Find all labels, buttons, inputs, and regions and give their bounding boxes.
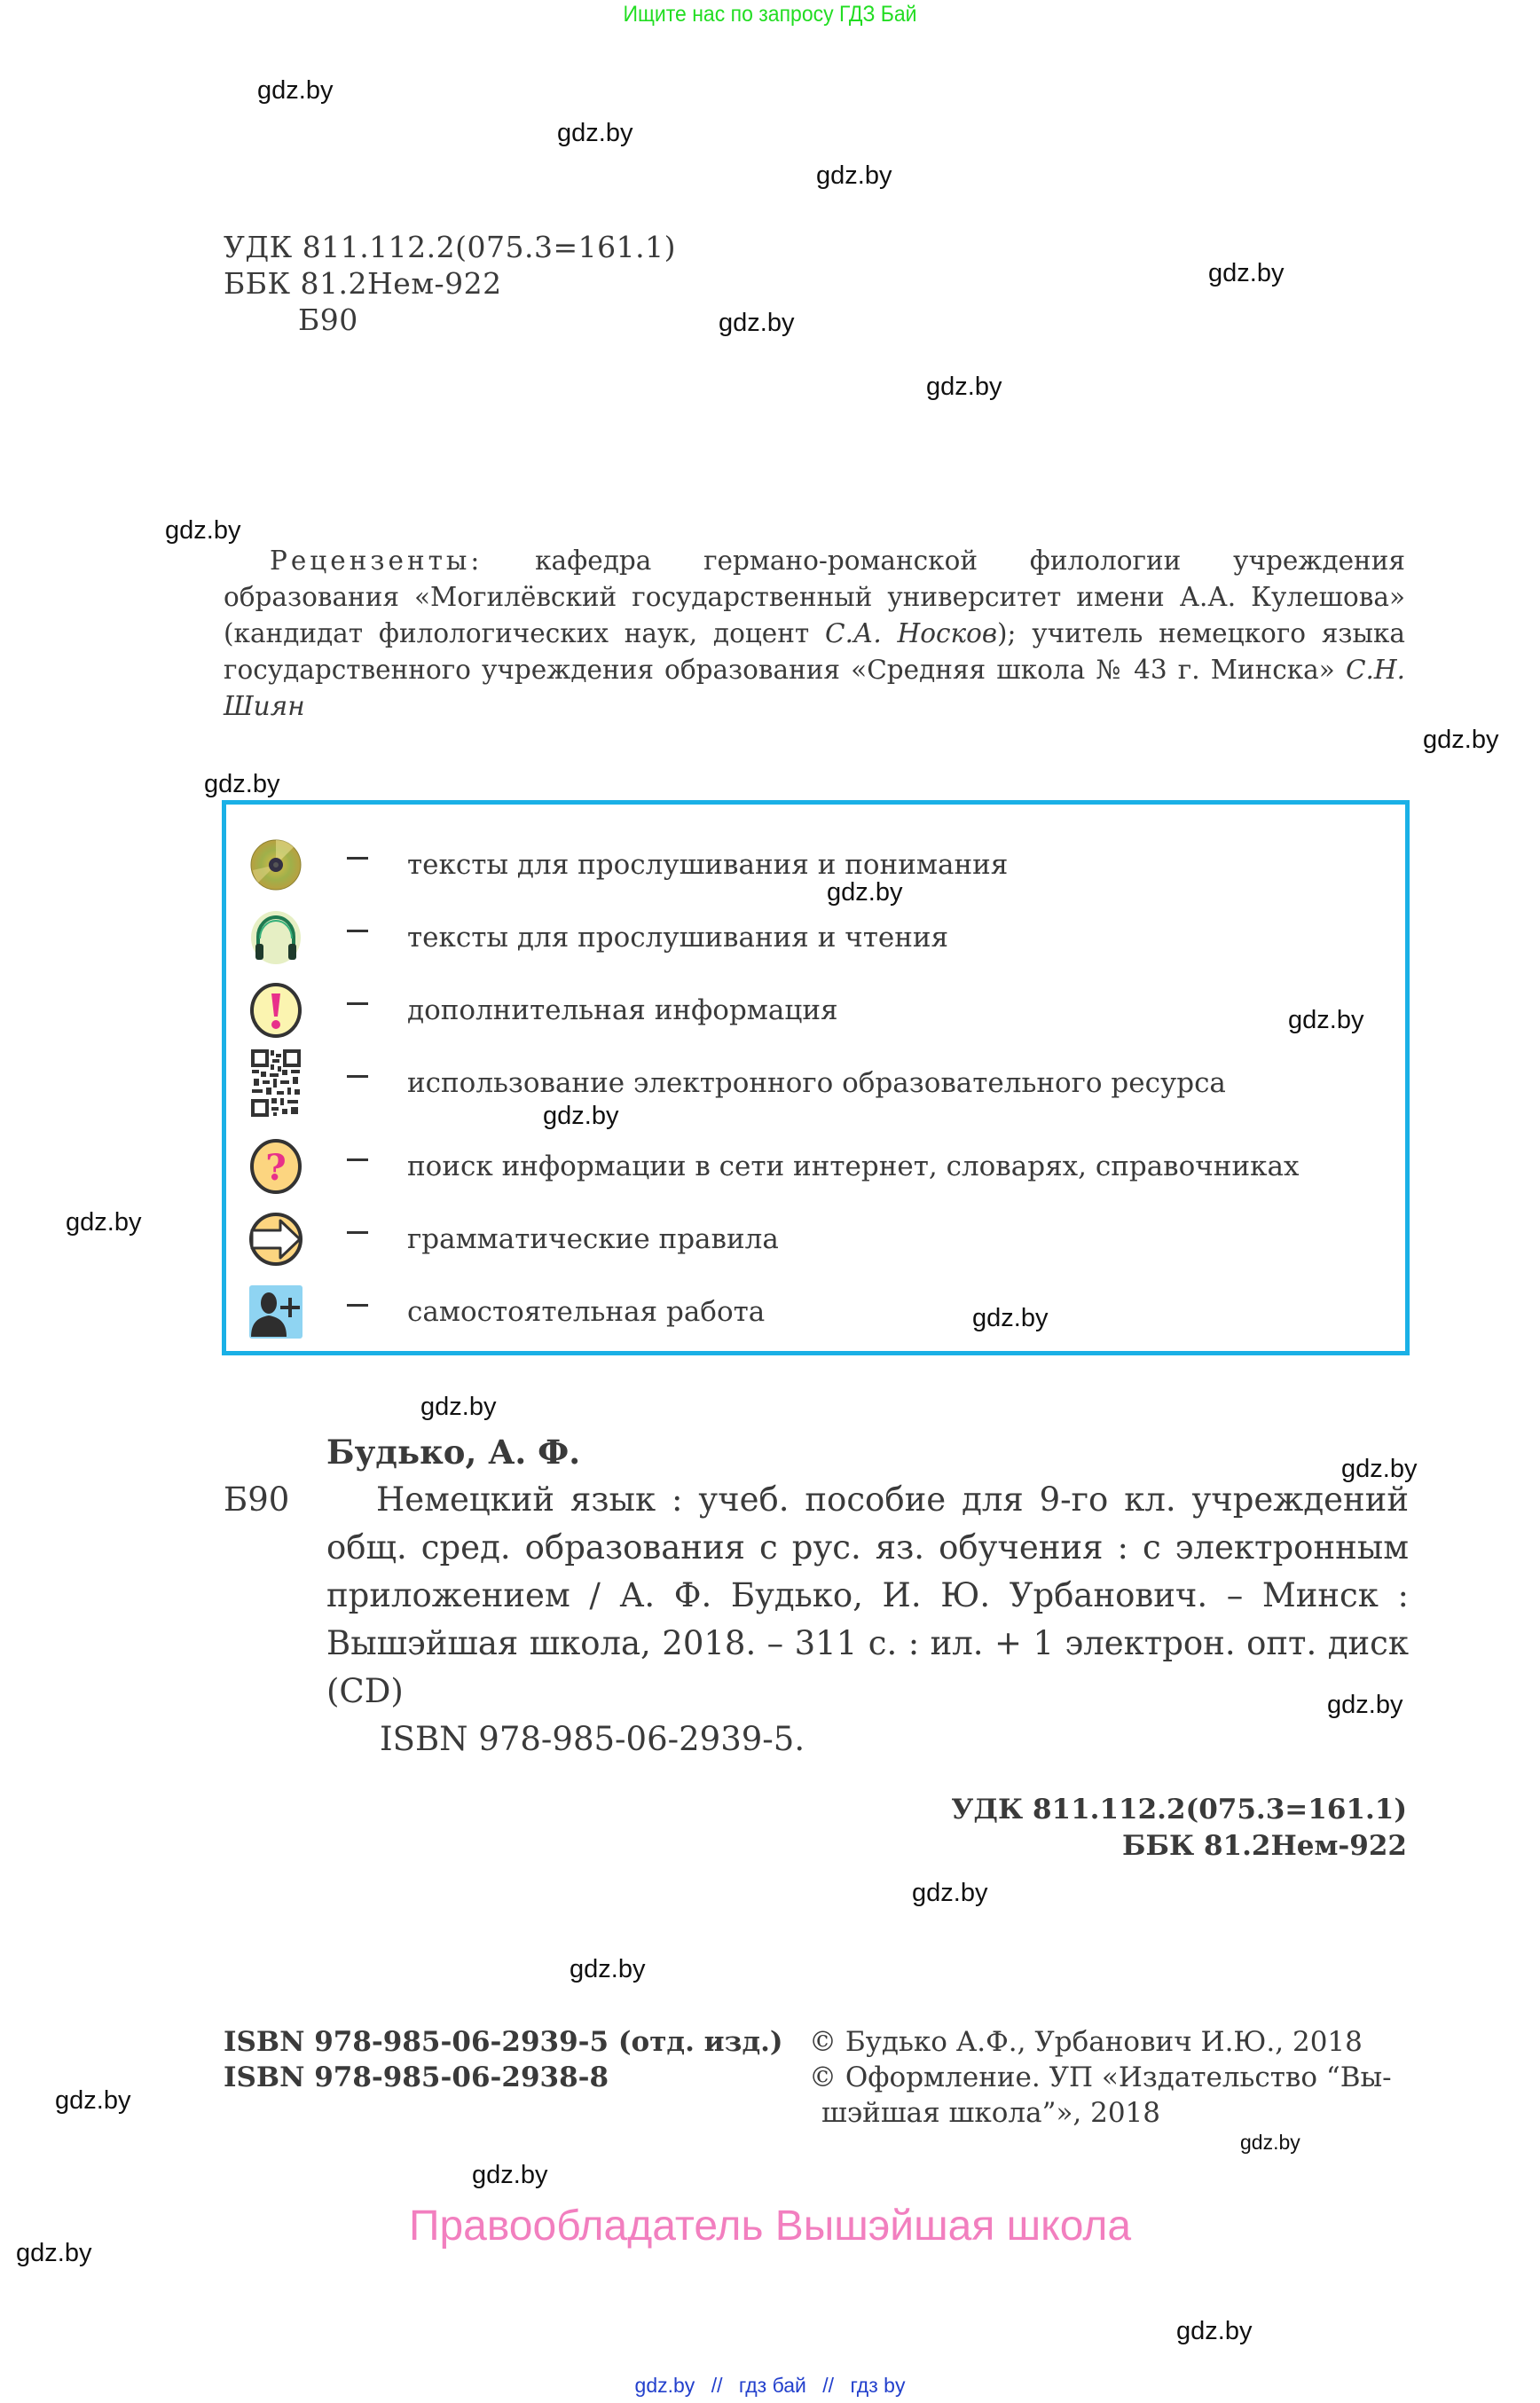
- watermark: gdz.by: [570, 1955, 645, 1984]
- bbk-code: ББК 81.2Нем-922: [224, 265, 676, 302]
- isbn: ISBN 978-985-06-2939-5.: [224, 1716, 1409, 1763]
- author-name: Будько, А. Ф.: [224, 1428, 1409, 1476]
- author-code: Б90: [224, 302, 676, 338]
- legend-item: грамматические правила: [247, 1211, 1383, 1268]
- watermark: gdz.by: [55, 2086, 130, 2116]
- reviewers-paragraph: Рецензенты: кафедра германо-романской фи…: [224, 543, 1405, 725]
- headphones-icon: [247, 909, 304, 966]
- legend-dash: [347, 1231, 368, 1234]
- legend-dash: [347, 1304, 368, 1307]
- top-banner: Ищите нас по запросу ГДЗ Бай: [61, 2, 1478, 27]
- bibliographic-record: Будько, А. Ф. Б90 Немецкий язык : учеб. …: [224, 1428, 1409, 1763]
- watermark: gdz.by: [557, 119, 632, 148]
- isbn-line: ISBN 978-985-06-2939-5 (отд. изд.): [224, 2024, 783, 2060]
- reviewers-label: Рецензенты:: [224, 546, 483, 576]
- reviewer-name: С.А. Носков: [825, 618, 997, 648]
- book-description: Немецкий язык : учеб. пособие для 9-го к…: [326, 1476, 1409, 1716]
- bbk-code: ББК 81.2Нем-922: [951, 1828, 1407, 1865]
- exclamation-icon: [247, 982, 304, 1039]
- legend-item: ? поиск информации в сети интернет, слов…: [247, 1138, 1383, 1195]
- watermark: gdz.by: [1327, 1691, 1402, 1720]
- copyright-line: © Оформление. УП «Издательство “Вы-: [809, 2060, 1409, 2095]
- watermark: gdz.by: [972, 1304, 1048, 1333]
- watermark: gdz.by: [719, 309, 794, 338]
- watermark: gdz.by: [926, 373, 1002, 402]
- qr-code-icon: [247, 1055, 304, 1111]
- question-icon: ?: [247, 1138, 304, 1195]
- icon-legend-box: тексты для прослушивания и понимания тек…: [222, 800, 1410, 1355]
- watermark: gdz.by: [66, 1208, 141, 1237]
- arrow-right-icon: [247, 1211, 304, 1268]
- legend-label: дополнительная информация: [407, 994, 838, 1026]
- watermark: gdz.by: [16, 2239, 91, 2268]
- catalog-codes: УДК 811.112.2(075.3=161.1) ББК 81.2Нем-9…: [224, 229, 676, 338]
- legend-label: использование электронного образовательн…: [407, 1067, 1226, 1099]
- watermark: gdz.by: [1423, 726, 1498, 755]
- footer-separator: //: [711, 2374, 723, 2397]
- watermark: gdz.by: [543, 1102, 618, 1131]
- watermark: gdz.by: [1288, 1006, 1363, 1035]
- catalog-codes-right: УДК 811.112.2(075.3=161.1) ББК 81.2Нем-9…: [951, 1792, 1407, 1865]
- watermark: gdz.by: [1208, 259, 1284, 288]
- legend-item: использование электронного образовательн…: [247, 1055, 1383, 1111]
- watermark: gdz.by: [1341, 1455, 1417, 1484]
- legend-item: дополнительная информация: [247, 982, 1383, 1039]
- watermark: gdz.by: [165, 516, 240, 546]
- footer-separator: //: [822, 2374, 834, 2397]
- legend-dash: [347, 930, 368, 932]
- isbn-list: ISBN 978-985-06-2939-5 (отд. изд.) ISBN …: [224, 2024, 783, 2095]
- watermark: gdz.by: [472, 2161, 547, 2190]
- cd-disc-icon: [247, 836, 304, 893]
- author-code: Б90: [224, 1476, 326, 1716]
- watermark: gdz.by: [816, 161, 892, 191]
- svg-text:?: ?: [265, 1147, 286, 1189]
- watermark: gdz.by: [1176, 2317, 1252, 2346]
- legend-label: самостоятельная работа: [407, 1296, 765, 1328]
- footer-link[interactable]: гдз by: [850, 2374, 905, 2397]
- copyright-line: © Будько А.Ф., Урбанович И.Ю., 2018: [809, 2024, 1409, 2060]
- legend-item: самостоятельная работа: [247, 1284, 1383, 1340]
- watermark: gdz.by: [204, 770, 279, 799]
- legend-item: тексты для прослушивания и понимания: [247, 836, 1383, 893]
- watermark: gdz.by: [420, 1393, 496, 1422]
- copyright-notice: © Будько А.Ф., Урбанович И.Ю., 2018 © Оф…: [809, 2024, 1409, 2131]
- footer-link[interactable]: gdz.by: [635, 2374, 695, 2397]
- legend-dash: [347, 1158, 368, 1161]
- udk-code: УДК 811.112.2(075.3=161.1): [951, 1792, 1407, 1828]
- legend-label: поиск информации в сети интернет, словар…: [407, 1150, 1299, 1182]
- user-plus-icon: [247, 1284, 304, 1340]
- copyright-line: шэйшая школа”», 2018: [809, 2095, 1409, 2131]
- isbn-line: ISBN 978-985-06-2938-8: [224, 2060, 783, 2095]
- legend-item: тексты для прослушивания и чтения: [247, 909, 1383, 966]
- watermark: gdz.by: [912, 1879, 987, 1908]
- watermark: gdz.by: [827, 878, 902, 907]
- legend-dash: [347, 1002, 368, 1005]
- footer-link[interactable]: гдз бай: [739, 2374, 806, 2397]
- legend-label: тексты для прослушивания и чтения: [407, 922, 948, 954]
- watermark: gdz.by: [1240, 2131, 1300, 2155]
- legend-dash: [347, 1075, 368, 1078]
- legend-label: грамматические правила: [407, 1223, 779, 1255]
- legend-dash: [347, 857, 368, 860]
- watermark: gdz.by: [257, 76, 333, 106]
- footer-links: gdz.by // гдз бай // гдз by: [0, 2374, 1540, 2398]
- rights-holder: Правообладатель Вышэйшая школа: [0, 2202, 1540, 2250]
- udk-code: УДК 811.112.2(075.3=161.1): [224, 229, 676, 265]
- legend-label: тексты для прослушивания и понимания: [407, 849, 1008, 881]
